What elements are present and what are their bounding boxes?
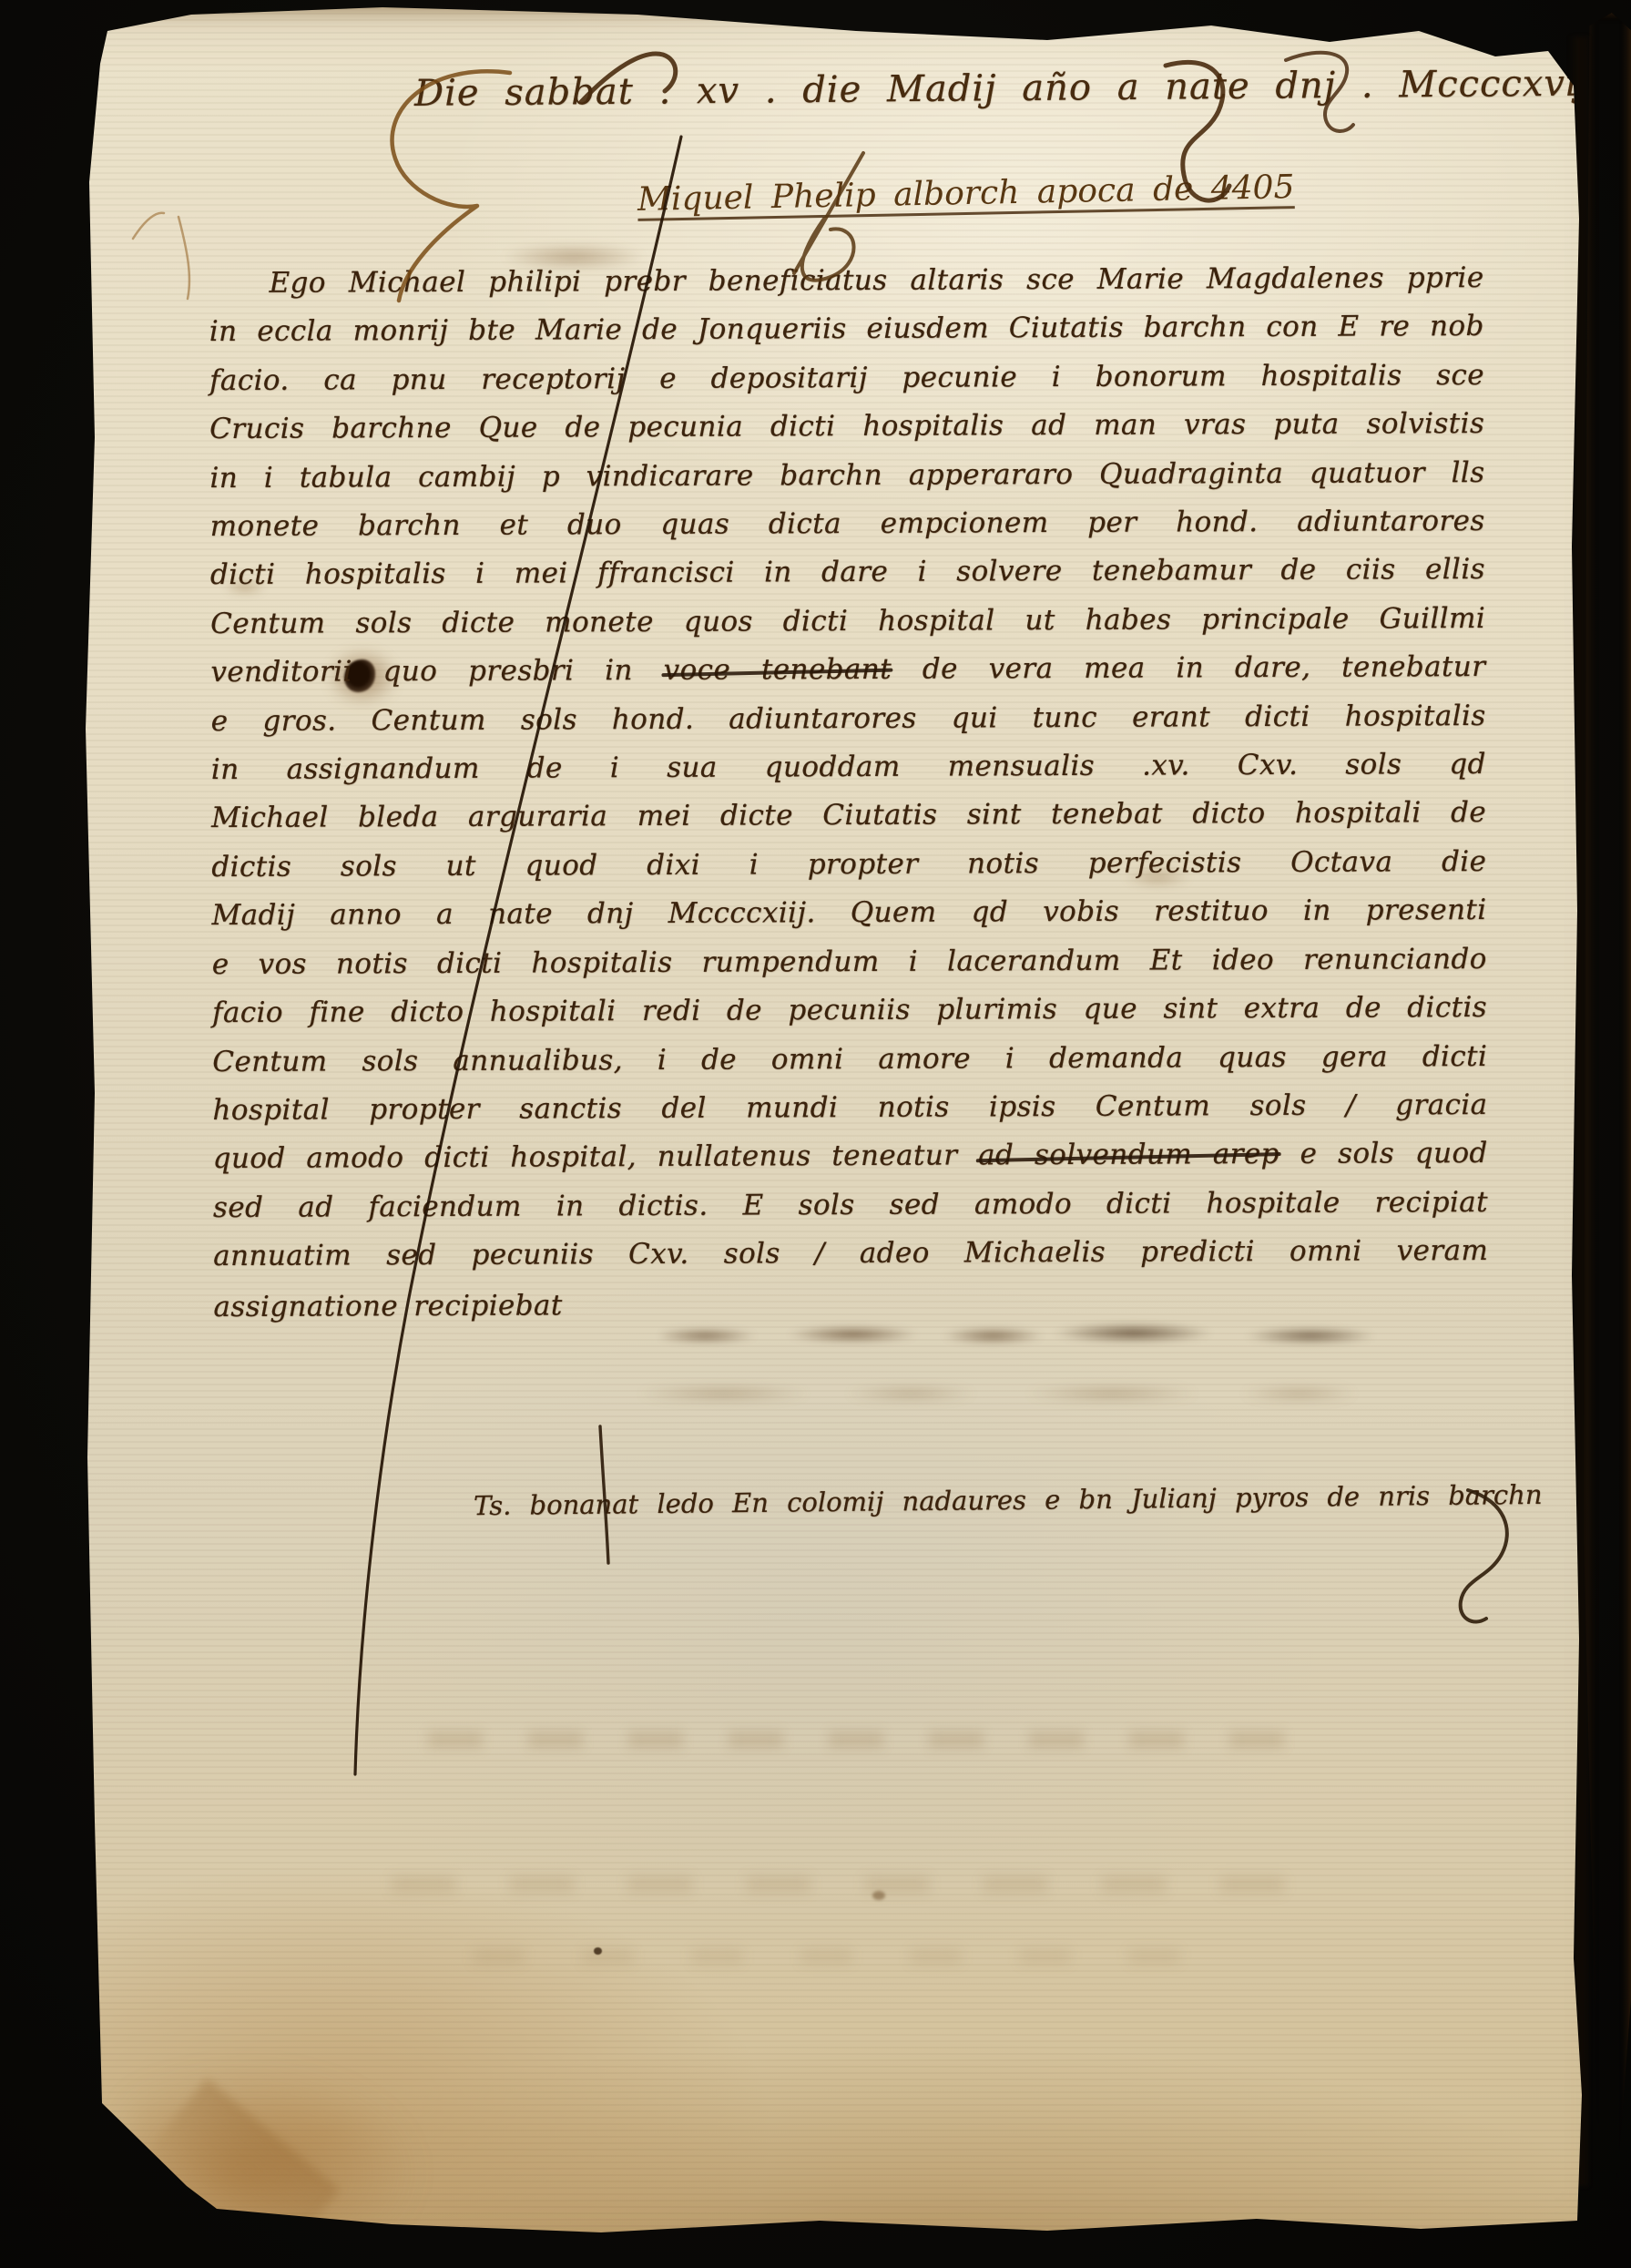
corner-stain	[127, 2068, 419, 2241]
fold-stain	[143, 2079, 340, 2266]
manuscript-line: hospital propter sanctis del mundi notis…	[212, 1081, 1487, 1136]
cancelled-phrase: ad solvendum arep	[978, 1138, 1279, 1171]
cancelled-phrase: voce tenebant	[664, 653, 892, 687]
closing-line: assignatione recipiebat	[213, 1277, 1488, 1332]
manuscript-line: e vos notis dicti hospitalis rumpendum i…	[212, 935, 1487, 990]
manuscript-line: facio fine dicto hospitali redi de pecun…	[212, 984, 1487, 1038]
manuscript-line: in assignandum de i sua quoddam mensuali…	[211, 741, 1486, 795]
manuscript-line: e gros. Centum sols hond. adiuntarores q…	[211, 692, 1486, 747]
manuscript-line: annuatim sed pecuniis Cxv. sols / adeo M…	[213, 1227, 1488, 1282]
docket-line: Miquel Phelip alborch apoca de 4405	[637, 169, 1295, 219]
margin-mark	[133, 213, 189, 299]
ink-speck	[872, 1891, 885, 1900]
manuscript-line: Madij anno a nate dnj Mccccxiij. Quem qd…	[211, 886, 1486, 941]
manuscript-line: Crucis barchne Que de pecunia dicti hosp…	[209, 400, 1484, 455]
manuscript-line: Ego Michael philipi prebr beneficiatus a…	[269, 254, 1483, 308]
photo-background: Die sabbat . xv . die Madij año a nate d…	[0, 0, 1631, 2268]
manuscript-line: dicti hospitalis i mei ffrancisci in dar…	[210, 546, 1485, 600]
manuscript-line: quod amodo dicti hospital, nullatenus te…	[213, 1129, 1488, 1184]
show-through-text	[474, 1949, 1202, 1964]
manuscript-line: Michael bleda arguraria mei dicte Ciutat…	[211, 789, 1486, 843]
ink-speck	[594, 1947, 602, 1955]
manuscript-line: Centum sols annualibus, i de omni amore …	[212, 1032, 1487, 1087]
heading-date-line: Die sabbat . xv . die Madij año a nate d…	[414, 62, 1628, 115]
witness-line: Ts. bonanat ledo En colomij nadaures e b…	[474, 1479, 1543, 1521]
next-leaf-edge	[1583, 13, 1631, 2184]
offset-ink-smudge	[637, 1383, 1357, 1405]
manuscript-page: Die sabbat . xv . die Madij año a nate d…	[0, 0, 1631, 2268]
manuscript-line: in eccla monrij bte Marie de Jonqueriis …	[209, 302, 1484, 357]
show-through-text	[428, 1731, 1320, 1749]
body-text-block: Ego Michael philipi prebr beneficiatus a…	[209, 254, 1488, 1332]
show-through-text	[392, 1876, 1320, 1893]
manuscript-line: sed ad faciendum in dictis. E sols sed a…	[213, 1179, 1488, 1233]
manuscript-line: monete barchn et duo quas dicta empcione…	[210, 497, 1485, 552]
manuscript-line: Centum sols dicte monete quos dicti hosp…	[210, 595, 1485, 649]
manuscript-line: dictis sols ut quod dixi i propter notis…	[211, 838, 1486, 893]
manuscript-line: facio. ca pnu receptorij e depositarij p…	[209, 352, 1484, 406]
manuscript-line: in i tabula cambij p vindicarare barchn …	[209, 449, 1484, 504]
manuscript-line: venditorii quo presbri in voce tenebant …	[210, 643, 1485, 698]
